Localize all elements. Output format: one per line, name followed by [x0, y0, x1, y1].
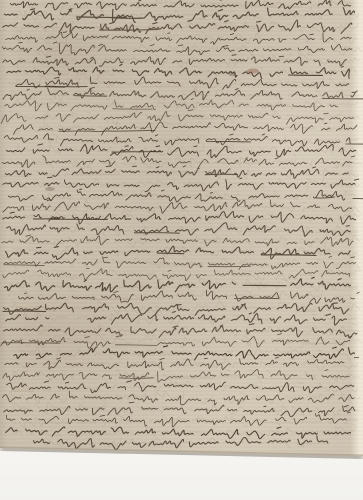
- handwriting-line: [3, 42, 352, 55]
- ink-bleed-through: [0, 0, 361, 448]
- handwriting-line: [3, 369, 349, 382]
- handwriting-line: [5, 277, 351, 292]
- handwriting-line: [15, 222, 358, 237]
- handwriting-line: [12, 301, 361, 314]
- ink-blot: [228, 72, 236, 76]
- handwriting-line: [17, 334, 361, 348]
- handwriting-line: [10, 390, 361, 404]
- handwriting-line: [13, 370, 360, 382]
- handwriting-line: [7, 223, 351, 237]
- handwriting-line: [6, 122, 347, 135]
- handwriting-line: [5, 99, 338, 111]
- scan-background: [0, 0, 363, 500]
- handwriting-line: [3, 87, 363, 100]
- ink-blot: [247, 69, 259, 74]
- manuscript-paper: [0, 0, 363, 460]
- handwriting-ink: [0, 0, 363, 460]
- handwriting-line: [16, 77, 349, 90]
- handwriting-line: [14, 9, 359, 20]
- handwriting-line: [6, 312, 347, 326]
- handwriting-line: [7, 64, 349, 78]
- handwriting-line: [0, 19, 358, 33]
- handwriting-line: [12, 324, 359, 337]
- ink-blot: [45, 187, 55, 191]
- handwriting-line: [3, 303, 349, 315]
- handwriting-line: [9, 357, 358, 370]
- handwriting-line: [3, 177, 359, 192]
- handwriting-line: [6, 144, 357, 157]
- handwriting-line: [7, 413, 351, 427]
- handwriting-line: [6, 32, 351, 44]
- handwriting-line: [12, 414, 358, 427]
- handwriting-line: [17, 269, 360, 281]
- handwriting-line: [3, 55, 347, 67]
